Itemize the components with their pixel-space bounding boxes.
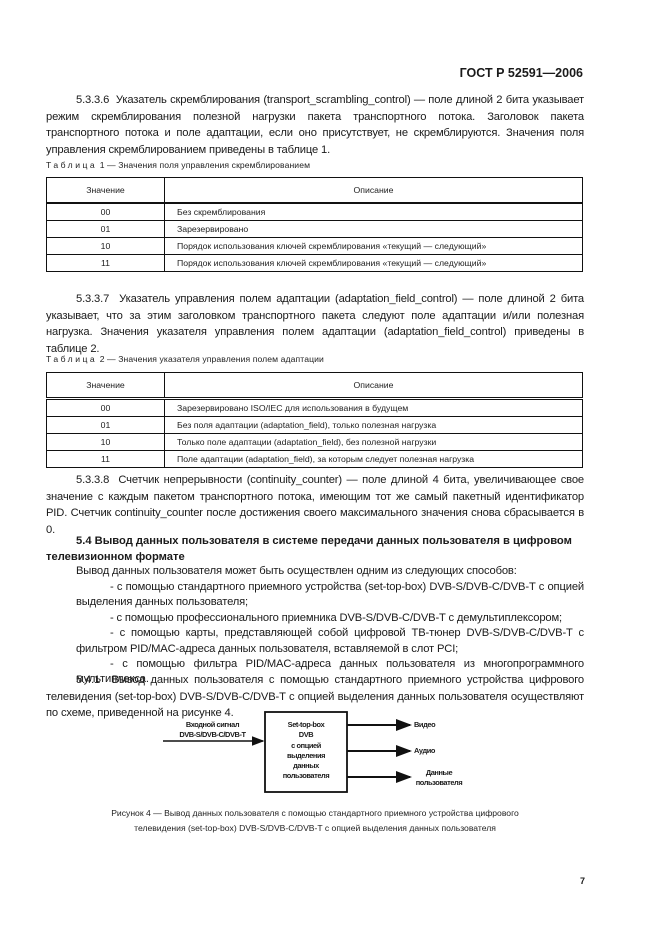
cell-description: Зарезервировано ISO/IEC для использовани…	[165, 399, 583, 417]
paragraph-5-3-3-8: 5.3.3.8 Счетчик непрерывности (continuit…	[46, 472, 584, 538]
cell-value: 00	[47, 399, 165, 417]
table-header-row: Значение Описание	[47, 373, 583, 399]
section-number: 5.3.3.6	[76, 94, 109, 106]
table-header-row: Значение Описание	[47, 178, 583, 204]
column-header-value: Значение	[47, 178, 165, 204]
cell-value: 11	[47, 451, 165, 468]
table-2: Значение Описание 00 Зарезервировано ISO…	[46, 372, 583, 468]
cell-description: Без поля адаптации (adaptation_field), т…	[165, 417, 583, 434]
table-row: 00 Без скремблирования	[47, 203, 583, 221]
section-text: Счетчик непрерывности (continuity_counte…	[46, 474, 584, 536]
caption-text: 1 — Значения поля управления скремблиров…	[97, 160, 310, 170]
page-number: 7	[580, 876, 585, 886]
table-row: 11 Порядок использования ключей скрембли…	[47, 255, 583, 272]
cell-description: Зарезервировано	[165, 221, 583, 238]
section-number: 5.3.3.8	[76, 474, 109, 486]
table-1: Значение Описание 00 Без скремблирования…	[46, 177, 583, 272]
list-item: - с помощью стандартного приемного устро…	[76, 580, 584, 611]
section-intro: Вывод данных пользователя может быть осу…	[76, 563, 584, 580]
cell-value: 10	[47, 238, 165, 255]
cell-value: 10	[47, 434, 165, 451]
section-text: Указатель скремблирования (transport_scr…	[46, 94, 584, 156]
table-2-caption: Таблица 2 — Значения указателя управлени…	[46, 354, 324, 364]
table-row: 11 Поле адаптации (adaptation_field), за…	[47, 451, 583, 468]
cell-value: 11	[47, 255, 165, 272]
list-item: - с помощью карты, представляющей собой …	[76, 626, 584, 657]
cell-description: Без скремблирования	[165, 203, 583, 221]
set-top-box-block: Set-top-box DVB с опцией выделения данны…	[266, 720, 346, 782]
table-row: 10 Только поле адаптации (adaptation_fie…	[47, 434, 583, 451]
caption-prefix: Таблица	[46, 160, 97, 170]
section-heading-5-4: 5.4 Вывод данных пользователя в системе …	[46, 533, 584, 565]
caption-text: 2 — Значения указателя управления полем …	[97, 354, 324, 364]
paragraph-5-3-3-7: 5.3.3.7 Указатель управления полем адапт…	[46, 291, 584, 357]
list-item: - с помощью профессионального приемника …	[76, 611, 584, 626]
caption-prefix: Таблица	[46, 354, 97, 364]
column-header-description: Описание	[165, 373, 583, 399]
table-1-caption: Таблица 1 — Значения поля управления скр…	[46, 160, 310, 170]
section-text: Вывод данных пользователя с помощью стан…	[46, 674, 584, 719]
cell-value: 01	[47, 221, 165, 238]
cell-value: 00	[47, 203, 165, 221]
section-number: 5.3.3.7	[76, 293, 109, 305]
output-user-data-label: Данные пользователя	[406, 768, 472, 788]
figure-4-caption: Рисунок 4 — Вывод данных пользователя с …	[46, 806, 584, 836]
column-header-description: Описание	[165, 178, 583, 204]
output-video-label: Видео	[414, 720, 435, 730]
table-row: 00 Зарезервировано ISO/IEC для использов…	[47, 399, 583, 417]
section-text: Указатель управления полем адаптации (ad…	[46, 293, 584, 355]
paragraph-5-3-3-6: 5.3.3.6 Указатель скремблирования (trans…	[46, 92, 584, 158]
table-row: 01 Без поля адаптации (adaptation_field)…	[47, 417, 583, 434]
cell-description: Только поле адаптации (adaptation_field)…	[165, 434, 583, 451]
column-header-value: Значение	[47, 373, 165, 399]
table-row: 01 Зарезервировано	[47, 221, 583, 238]
output-audio-label: Аудио	[414, 746, 435, 756]
cell-description: Поле адаптации (adaptation_field), за ко…	[165, 451, 583, 468]
cell-value: 01	[47, 417, 165, 434]
document-code: ГОСТ Р 52591—2006	[460, 66, 583, 80]
paragraph-5-4-1: 5.4.1 Вывод данных пользователя с помощь…	[46, 672, 584, 722]
input-signal-label: Входной сигнал DVB-S/DVB-C/DVB-T	[165, 720, 260, 740]
section-number: 5.4.1	[76, 674, 100, 686]
table-row: 10 Порядок использования ключей скрембли…	[47, 238, 583, 255]
cell-description: Порядок использования ключей скремблиров…	[165, 255, 583, 272]
cell-description: Порядок использования ключей скремблиров…	[165, 238, 583, 255]
